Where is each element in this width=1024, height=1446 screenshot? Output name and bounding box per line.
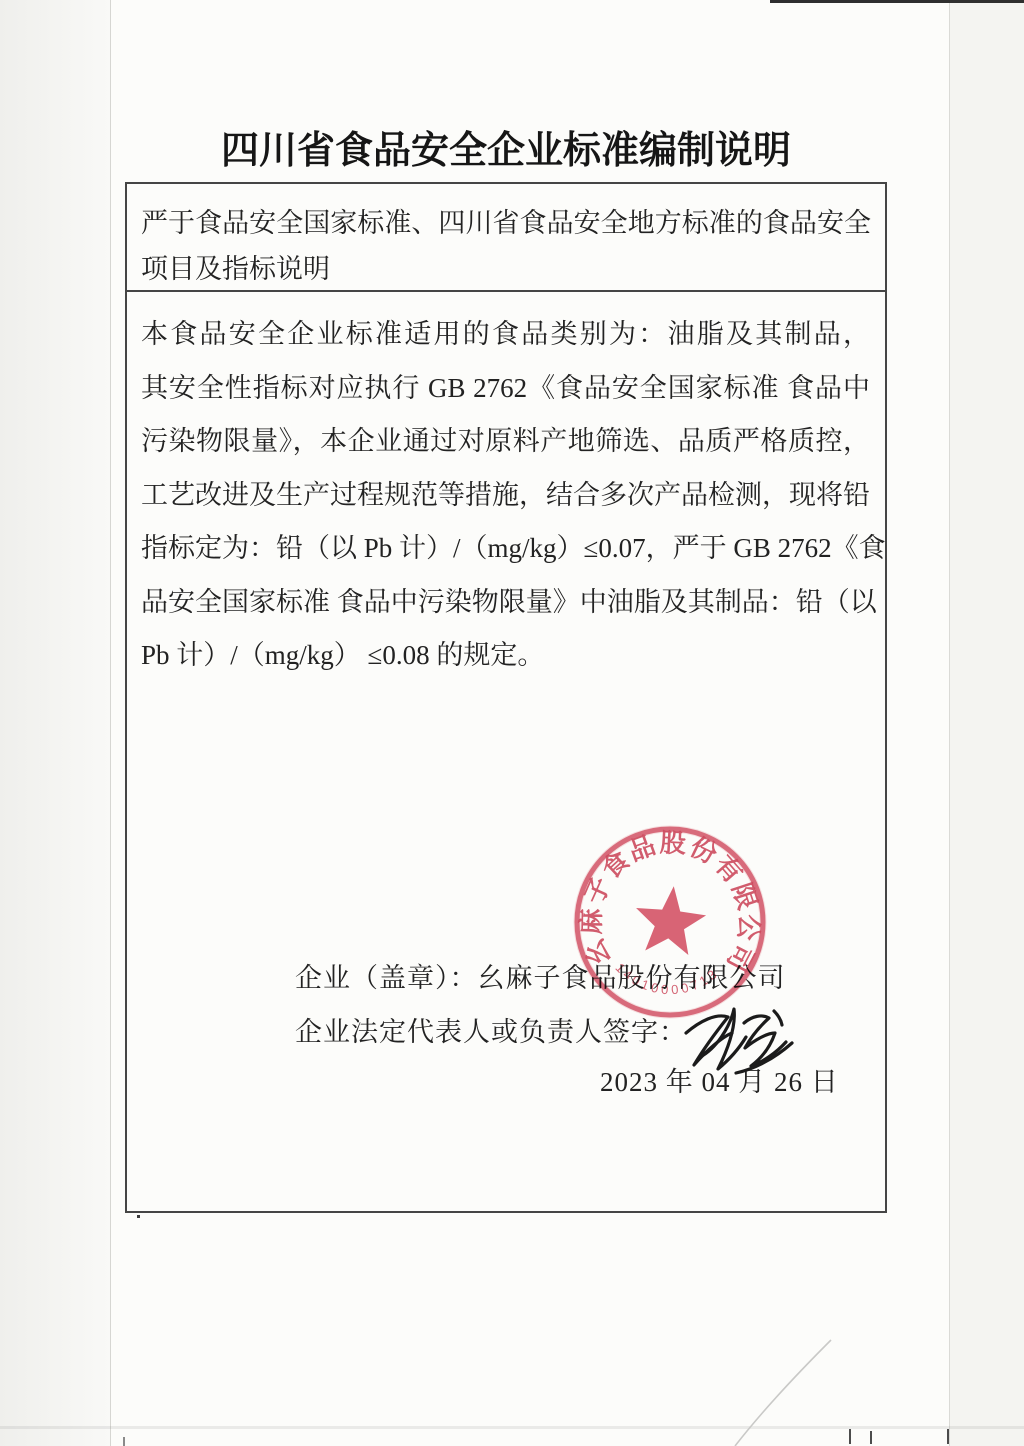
paragraph-line: 指标定为：铅（以 Pb 计）/（mg/kg）≤0.07，严于 GB 2762《食 [141,522,870,576]
scan-smudge-bottom [0,1426,1024,1429]
table-header-cell: 严于食品安全国家标准、四川省食品安全地方标准的食品安全 项目及指标说明 [127,184,885,292]
scan-bar-top-right [770,0,1024,3]
document-title: 四川省食品安全企业标准编制说明 [125,126,887,176]
page-edge-line-right [949,0,950,1446]
scan-tick-mark [849,1429,851,1444]
paragraph-line: 工艺改进及生产过程规范等措施，结合多次产品检测，现将铅 [141,469,870,523]
fold-crease-line [723,1338,843,1446]
scan-tick-mark [870,1431,872,1444]
paragraph-line: Pb 计）/（mg/kg） ≤0.08 的规定。 [141,629,870,683]
paragraph-line: 其安全性指标对应执行 GB 2762《食品安全国家标准 食品中 [141,362,870,416]
scan-speck [137,1215,140,1218]
stamp-star-icon [632,883,709,957]
header-line: 项目及指标说明 [141,246,871,292]
scanner-shade-left [0,0,110,1446]
scanned-document-page: 四川省食品安全企业标准编制说明 严于食品安全国家标准、四川省食品安全地方标准的食… [0,0,1024,1446]
handwritten-signature [678,993,800,1085]
paragraph-line: 污染物限量》，本企业通过对原料产地筛选、品质严格质控， [141,415,870,469]
table-body-cell: 本食品安全企业标准适用的食品类别为：油脂及其制品，其安全性指标对应执行 GB 2… [127,292,885,683]
stamp-code-text: 14010000713 [612,960,722,997]
page-edge-line-left [110,0,111,1446]
svg-text:14010000713: 14010000713 [612,960,722,997]
scan-tick-mark [947,1429,949,1444]
scanner-shade-right [950,0,1024,1446]
paragraph-line: 本食品安全企业标准适用的食品类别为：油脂及其制品， [141,308,870,362]
scan-tick-mark [123,1437,125,1446]
header-line: 严于食品安全国家标准、四川省食品安全地方标准的食品安全 [141,200,871,246]
paragraph-line: 品安全国家标准 食品中污染物限量》中油脂及其制品：铅（以 [141,576,870,630]
